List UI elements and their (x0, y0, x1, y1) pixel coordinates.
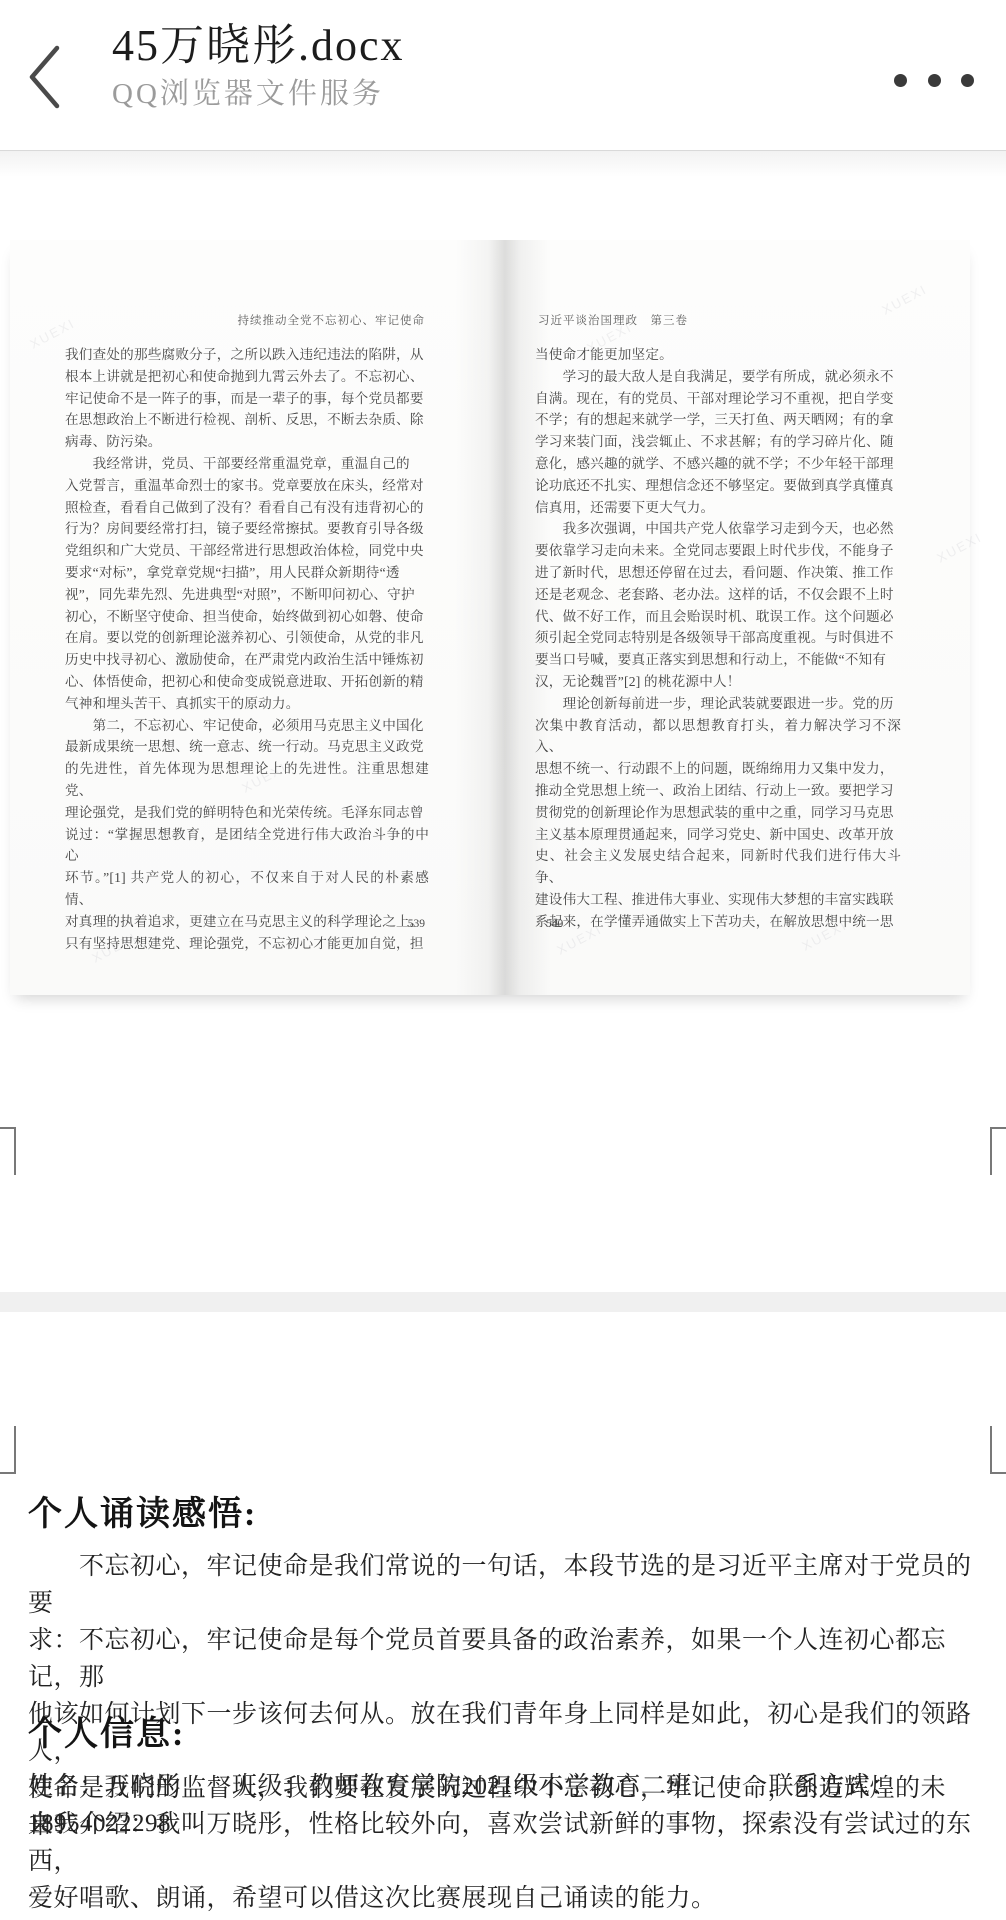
more-dots-icon (928, 74, 941, 87)
right-page-text: 当使命才能更加坚定。 学习的最大敌人是自我满足，要学有所成，就必须永不 自满。现… (535, 344, 901, 933)
page-separator (0, 1292, 1006, 1312)
doc-source-subtitle: QQ浏览器文件服务 (112, 74, 812, 114)
chevron-left-icon (27, 44, 61, 110)
qq-browser-doc-viewer: 45万晓彤.docx QQ浏览器文件服务 XUEXI XUEXI XUEXI X… (0, 0, 1006, 1920)
back-button[interactable] (18, 34, 70, 120)
left-running-head: 持续推动全党不忘初心、牢记使命 (238, 312, 426, 328)
info-heading: 个人信息: (28, 1706, 185, 1755)
doc-title: 45万晓彤.docx (112, 18, 812, 74)
book-left-page: 持续推动全党不忘初心、牢记使命 我们查处的那些腐败分子，之所以跌入违纪违法的陷阱… (10, 240, 490, 995)
book-right-page: 习近平谈治国理政 第三卷 当使命才能更加坚定。 学习的最大敌人是自我满足，要学有… (490, 240, 970, 995)
page-corner-mark (0, 1127, 16, 1175)
left-page-number: 539 (408, 918, 425, 930)
header: 45万晓彤.docx QQ浏览器文件服务 (0, 0, 1006, 151)
page-corner-mark (0, 1426, 16, 1474)
reflection-heading: 个人诵读感悟: (28, 1486, 257, 1535)
header-shadow (0, 151, 1006, 177)
book-spread-image: XUEXI XUEXI XUEXI XUEXI XUEXI XUEXI XUEX… (10, 240, 970, 995)
more-menu-button[interactable] (894, 58, 974, 102)
page-corner-mark (990, 1127, 1006, 1175)
more-dots-icon (961, 74, 974, 87)
more-dots-icon (894, 74, 907, 87)
right-running-head: 习近平谈治国理政 第三卷 (538, 312, 688, 328)
page-corner-mark (990, 1426, 1006, 1474)
header-titles: 45万晓彤.docx QQ浏览器文件服务 (112, 18, 812, 114)
left-page-text: 我们查处的那些腐败分子，之所以跌入违纪违法的陷阱，从 根本上讲就是把初心和使命抛… (65, 344, 429, 954)
info-self-introduction: 自我介绍：我叫万晓彤，性格比较外向，喜欢尝试新鲜的事物，探索没有尝试过的东西， … (28, 1806, 996, 1917)
right-page-number: 540 (546, 918, 563, 930)
